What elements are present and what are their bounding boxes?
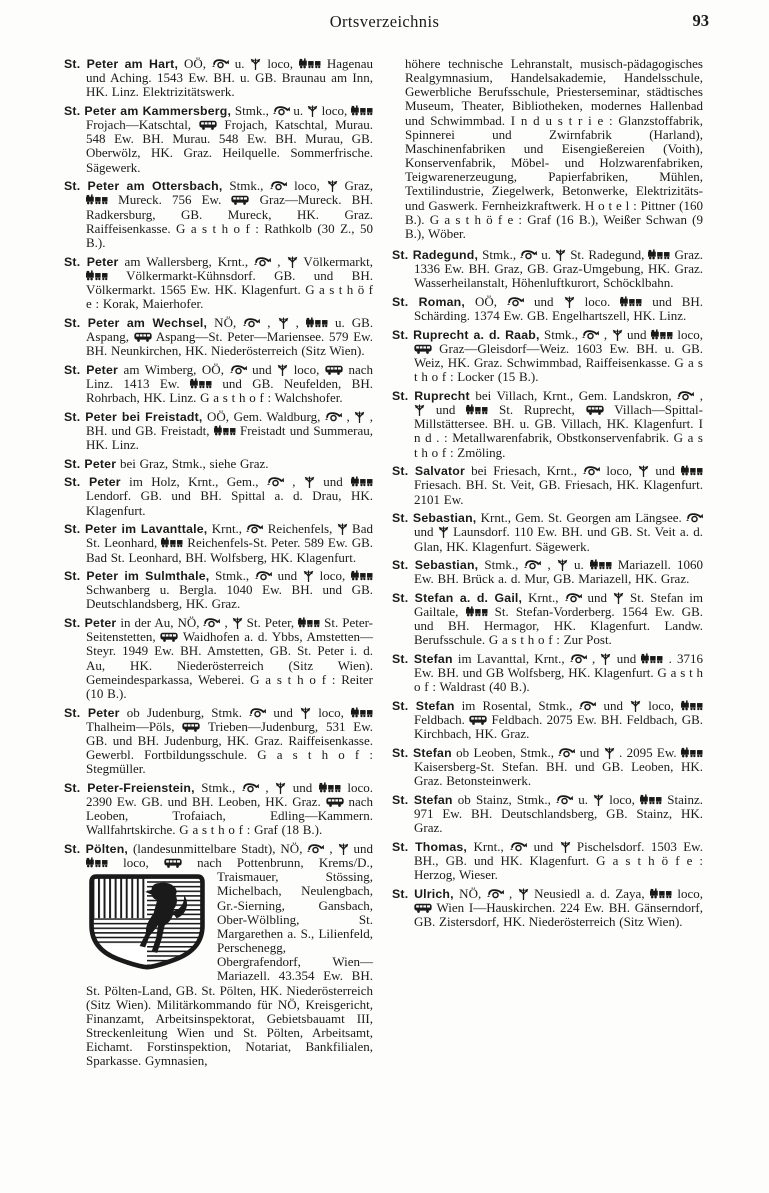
telegraph-icon xyxy=(630,700,641,712)
entry-place-name: St. Roman, xyxy=(392,295,465,309)
directory-entry: St. Peter im Sulmthale, Stmk., und loco,… xyxy=(64,569,373,611)
left-column: St. Peter am Hart, OÖ, u. loco, Hagenau … xyxy=(64,57,373,1073)
railway-train-icon xyxy=(298,617,320,628)
entry-place-name: St. Peter am Kammersberg, xyxy=(64,104,231,118)
posthorn-icon xyxy=(212,58,229,69)
telegraph-icon xyxy=(564,296,575,308)
telegraph-icon xyxy=(287,256,298,268)
directory-entry: St. Roman, OÖ, und loco. und BH. Schärdi… xyxy=(392,295,703,323)
posthorn-icon xyxy=(255,570,272,581)
entry-place-name: St. Sebastian, xyxy=(392,511,476,525)
directory-entry: St. Thomas, Krnt., und Pischelsdorf. 150… xyxy=(392,840,703,882)
entry-place-name: St. Peter am Wechsel, xyxy=(64,316,207,330)
posthorn-icon xyxy=(579,700,596,711)
railway-train-icon xyxy=(86,857,108,868)
bus-icon xyxy=(164,858,182,868)
entry-place-name: St. Peter xyxy=(64,475,121,489)
railway-train-icon xyxy=(651,329,673,340)
entry-text: (landesunmittelbare Stadt), NÖ, , und lo… xyxy=(86,841,373,1068)
posthorn-icon xyxy=(246,523,263,534)
entry-place-name: St. Stefan xyxy=(392,746,452,760)
directory-entry: St. Stefan ob Stainz, Stmk., u. loco, St… xyxy=(392,793,703,835)
railway-train-icon xyxy=(161,537,183,548)
directory-entry: St. Peter am Wechsel, NÖ, , , u. GB. Asp… xyxy=(64,316,373,358)
telegraph-icon xyxy=(518,888,529,900)
page-title: Ortsverzeichnis xyxy=(0,12,769,32)
directory-entry: St. Peter am Wimberg, OÖ, und loco, nach… xyxy=(64,363,373,405)
railway-train-icon xyxy=(351,570,373,581)
telegraph-icon xyxy=(593,794,604,806)
book-page: Ortsverzeichnis 93 St. Peter am Hart, OÖ… xyxy=(0,0,769,1193)
directory-entry: St. Sebastian, Stmk., , u. Mariazell. 10… xyxy=(392,558,703,586)
directory-entry: St. Peter am Wallersberg, Krnt., , Völke… xyxy=(64,255,373,312)
posthorn-icon xyxy=(270,180,287,191)
entry-text: höhere technische Lehranstalt, musisch-p… xyxy=(405,56,703,241)
page-number: 93 xyxy=(693,11,710,31)
railway-train-icon xyxy=(299,58,321,69)
telegraph-icon xyxy=(250,58,261,70)
directory-entry: St. Peter bei Graz, Stmk., siehe Graz. xyxy=(64,457,373,471)
entry-text: am Wallersberg, Krnt., , Völkermarkt, Vö… xyxy=(86,254,373,311)
railway-train-icon xyxy=(681,700,703,711)
telegraph-icon xyxy=(337,523,348,535)
bus-icon xyxy=(414,903,432,913)
telegraph-icon xyxy=(300,707,311,719)
telegraph-icon xyxy=(275,782,286,794)
directory-entry: St. Sebastian, Krnt., Gem. St. Georgen a… xyxy=(392,511,703,553)
railway-train-icon xyxy=(190,378,212,389)
bus-icon xyxy=(469,715,487,725)
entry-place-name: St. Stefan xyxy=(392,793,453,807)
telegraph-icon xyxy=(557,559,568,571)
railway-train-icon xyxy=(214,425,236,436)
telegraph-icon xyxy=(327,180,338,192)
posthorn-icon xyxy=(558,747,575,758)
railway-train-icon xyxy=(620,296,642,307)
entry-place-name: St. Peter am Hart, xyxy=(64,57,178,71)
railway-train-icon xyxy=(648,249,670,260)
entry-place-name: St. Peter im Sulmthale, xyxy=(64,569,209,583)
entry-text: am Wimberg, OÖ, und loco, nach Linz. 141… xyxy=(86,362,373,405)
telegraph-icon xyxy=(354,411,365,423)
telegraph-icon xyxy=(604,747,615,759)
entry-place-name: St. Peter xyxy=(64,457,116,471)
railway-train-icon xyxy=(466,404,488,415)
entry-text: im Rosental, Stmk., und loco, Feldbach. … xyxy=(414,698,703,741)
bus-icon xyxy=(231,195,249,205)
telegraph-icon xyxy=(277,364,288,376)
bus-icon xyxy=(160,632,178,642)
entry-place-name: St. Stefan xyxy=(392,652,453,666)
bus-icon xyxy=(586,405,604,415)
entry-place-name: St. Peter xyxy=(64,616,116,630)
entry-place-name: St. Peter xyxy=(64,706,120,720)
directory-entry: St. Ruprecht bei Villach, Krnt., Gem. La… xyxy=(392,389,703,460)
posthorn-icon xyxy=(243,317,260,328)
st-poelten-coat-of-arms xyxy=(86,872,208,970)
entry-text: NÖ, , Neusiedl a. d. Zaya, loco, Wien I—… xyxy=(414,886,703,929)
railway-train-icon xyxy=(681,465,703,476)
posthorn-icon xyxy=(677,390,694,401)
posthorn-icon xyxy=(242,782,259,793)
telegraph-icon xyxy=(232,617,243,629)
telegraph-icon xyxy=(304,476,315,488)
railway-train-icon xyxy=(86,270,108,281)
entry-text: im Lavanttal, Krnt., , und . 3716 Ew. BH… xyxy=(414,651,703,694)
entry-text: ob Judenburg, Stmk. und loco, Thalheim—P… xyxy=(86,705,373,777)
posthorn-icon xyxy=(273,105,290,116)
entry-place-name: St. Ruprecht xyxy=(392,389,470,403)
right-column: höhere technische Lehranstalt, musisch-p… xyxy=(392,57,703,934)
entry-text: bei Graz, Stmk., siehe Graz. xyxy=(116,456,268,471)
posthorn-icon xyxy=(254,256,271,267)
bus-icon xyxy=(326,797,344,807)
posthorn-icon xyxy=(307,843,324,854)
entry-text: in der Au, NÖ, , St. Peter, St. Peter-Se… xyxy=(86,615,373,701)
posthorn-icon xyxy=(524,559,541,570)
directory-entry: St. Ulrich, NÖ, , Neusiedl a. d. Zaya, l… xyxy=(392,887,703,929)
directory-entry: St. Peter am Hart, OÖ, u. loco, Hagenau … xyxy=(64,57,373,99)
telegraph-icon xyxy=(278,317,289,329)
telegraph-icon xyxy=(600,653,611,665)
entry-text: ob Stainz, Stmk., u. loco, Stainz. 971 E… xyxy=(414,792,703,835)
posthorn-icon xyxy=(249,707,266,718)
directory-entry: St. Peter in der Au, NÖ, , St. Peter, St… xyxy=(64,616,373,701)
telegraph-icon xyxy=(303,570,314,582)
directory-entry: St. Peter am Kammersberg, Stmk., u. loco… xyxy=(64,104,373,175)
posthorn-icon xyxy=(267,476,284,487)
telegraph-icon xyxy=(555,249,566,261)
directory-entry: St. Peter im Lavanttale, Krnt., Reichenf… xyxy=(64,522,373,564)
posthorn-icon xyxy=(507,296,524,307)
bus-icon xyxy=(134,332,152,342)
railway-train-icon xyxy=(590,559,612,570)
directory-entry: St. Ruprecht a. d. Raab, Stmk., , und lo… xyxy=(392,328,703,385)
bus-icon xyxy=(199,120,217,130)
posthorn-icon xyxy=(230,364,247,375)
directory-entry: St. Stefan a. d. Gail, Krnt., und St. St… xyxy=(392,591,703,648)
entry-place-name: St. Peter am Ottersbach, xyxy=(64,179,223,193)
posthorn-icon xyxy=(510,841,527,852)
entry-place-name: St. Sebastian, xyxy=(392,558,478,572)
railway-train-icon xyxy=(86,194,108,205)
railway-train-icon xyxy=(681,747,703,758)
railway-train-icon xyxy=(306,317,328,328)
posthorn-icon xyxy=(487,888,504,899)
entry-place-name: St. Ruprecht a. d. Raab, xyxy=(392,328,540,342)
telegraph-icon xyxy=(438,526,449,538)
directory-entry: St. Salvator bei Friesach, Krnt., loco, … xyxy=(392,464,703,506)
telegraph-icon xyxy=(612,329,623,341)
railway-train-icon xyxy=(351,476,373,487)
telegraph-icon xyxy=(414,404,425,416)
railway-train-icon xyxy=(319,782,341,793)
posthorn-icon xyxy=(570,653,587,664)
entry-place-name: St. Stefan xyxy=(392,699,455,713)
directory-entry: St. Peter im Holz, Krnt., Gem., , und Le… xyxy=(64,475,373,517)
railway-train-icon xyxy=(466,606,488,617)
railway-train-icon xyxy=(650,888,672,899)
posthorn-icon xyxy=(583,465,600,476)
posthorn-icon xyxy=(582,329,599,340)
telegraph-icon xyxy=(638,465,649,477)
entry-place-name: St. Pölten, xyxy=(64,842,128,856)
directory-entry: St. Pölten, (landesunmittelbare Stadt), … xyxy=(64,842,373,1069)
bus-icon xyxy=(414,344,432,354)
bus-icon xyxy=(182,722,200,732)
entry-place-name: St. Peter xyxy=(64,255,119,269)
entry-place-name: St. Peter xyxy=(64,363,118,377)
directory-entry: St. Peter am Ottersbach, Stmk., loco, Gr… xyxy=(64,179,373,250)
directory-entry: St. Peter-Freienstein, Stmk., , und loco… xyxy=(64,781,373,838)
telegraph-icon xyxy=(613,592,624,604)
directory-entry: St. Peter bei Freistadt, OÖ, Gem. Waldbu… xyxy=(64,410,373,452)
telegraph-icon xyxy=(338,843,349,855)
entry-place-name: St. Peter im Lavanttale, xyxy=(64,522,207,536)
telegraph-icon xyxy=(307,105,318,117)
posthorn-icon xyxy=(325,411,342,422)
posthorn-icon xyxy=(556,794,573,805)
directory-entry: höhere technische Lehranstalt, musisch-p… xyxy=(392,57,703,241)
directory-entry: St. Stefan im Lavanttal, Krnt., , und . … xyxy=(392,652,703,694)
directory-entry: St. Stefan im Rosental, Stmk., und loco,… xyxy=(392,699,703,741)
entry-text: im Holz, Krnt., Gem., , und Lendorf. GB.… xyxy=(86,474,373,517)
telegraph-icon xyxy=(560,841,571,853)
entry-place-name: St. Radegund, xyxy=(392,248,478,262)
entry-place-name: St. Stefan a. d. Gail, xyxy=(392,591,522,605)
railway-train-icon xyxy=(640,794,662,805)
entry-place-name: St. Thomas, xyxy=(392,840,467,854)
entry-place-name: St. Salvator xyxy=(392,464,465,478)
posthorn-icon xyxy=(203,617,220,628)
directory-entry: St. Stefan ob Leoben, Stmk., und . 2095 … xyxy=(392,746,703,788)
railway-train-icon xyxy=(641,653,663,664)
bus-icon xyxy=(325,365,343,375)
entry-place-name: St. Peter-Freienstein, xyxy=(64,781,195,795)
directory-entry: St. Radegund, Stmk., u. St. Radegund, Gr… xyxy=(392,248,703,290)
entry-place-name: St. Ulrich, xyxy=(392,887,454,901)
posthorn-icon xyxy=(565,592,582,603)
entry-place-name: St. Peter bei Freistadt, xyxy=(64,410,203,424)
railway-train-icon xyxy=(351,707,373,718)
railway-train-icon xyxy=(351,105,373,116)
posthorn-icon xyxy=(520,249,537,260)
directory-entry: St. Peter ob Judenburg, Stmk. und loco, … xyxy=(64,706,373,777)
entry-text: ob Leoben, Stmk., und . 2095 Ew. Kaisers… xyxy=(414,745,703,788)
posthorn-icon xyxy=(686,512,703,523)
